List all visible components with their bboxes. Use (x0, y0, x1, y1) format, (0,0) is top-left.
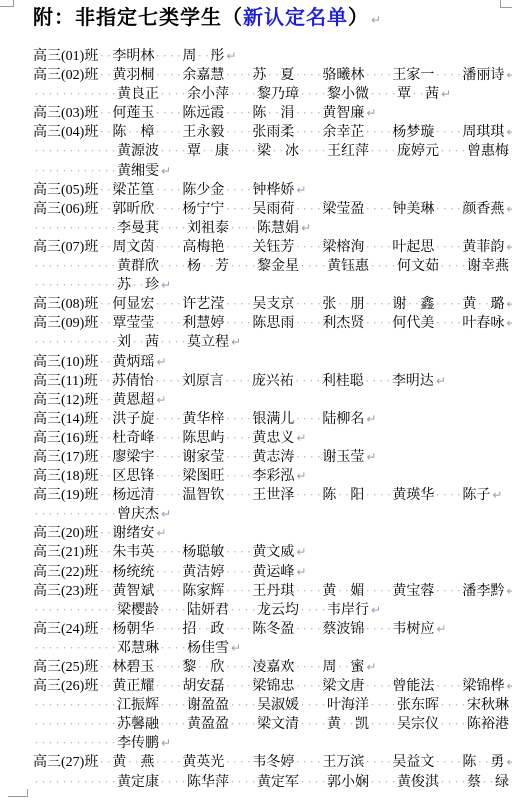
student-name: 黄源波 (117, 144, 159, 159)
space-mark: · (154, 447, 161, 466)
space-mark: · (224, 581, 231, 600)
space-mark: · (138, 332, 145, 351)
student-name: 周文茵 (112, 240, 154, 255)
space-mark: · (54, 141, 61, 160)
space-mark: · (378, 65, 385, 84)
student-name: 吴益文 (392, 755, 434, 770)
space-mark: · (224, 122, 231, 141)
student-name: 黄正耀 (112, 679, 154, 694)
student-line: 高三(16)班··杜奇峰····陈思屿····黄忠义↵ (33, 428, 512, 447)
space-mark: · (320, 256, 327, 275)
space-mark: · (161, 199, 168, 218)
space-mark: · (75, 256, 82, 275)
space-mark: · (168, 409, 175, 428)
student-name: 苏 (252, 68, 266, 83)
student-name: 叶海洋 (327, 698, 369, 713)
student-name: 王世泽 (252, 488, 294, 503)
space-mark: · (154, 237, 161, 256)
student-line: ············邓慧琳····杨佳雪↵ (33, 638, 512, 657)
student-name: 鑫 (420, 297, 434, 312)
student-name: 许艺滢 (182, 297, 224, 312)
space-mark: · (364, 371, 371, 390)
space-mark: · (161, 65, 168, 84)
space-mark: · (224, 542, 231, 561)
space-mark: · (448, 294, 455, 313)
student-name: 陈少金 (182, 183, 224, 198)
line-break-mark-icon: ↵ (506, 316, 512, 330)
space-mark: · (168, 103, 175, 122)
space-mark: · (243, 714, 250, 733)
space-mark: · (89, 161, 96, 180)
space-mark: · (236, 714, 243, 733)
space-mark: · (446, 772, 453, 791)
space-mark: · (301, 485, 308, 504)
space-mark: · (82, 714, 89, 733)
space-mark: · (369, 695, 376, 714)
student-name: 王丹琪 (252, 584, 294, 599)
student-line: 高三(06)班··郭昕欣····杨宁宁····吴雨荷····梁莹盈····钟美琳… (33, 199, 512, 218)
space-mark: · (166, 256, 173, 275)
student-name: 彤 (210, 49, 224, 64)
space-mark: · (131, 332, 138, 351)
line-break-mark-icon: ↵ (366, 106, 376, 120)
student-name: 黄宝蓉 (392, 584, 434, 599)
space-mark: · (231, 562, 238, 581)
space-mark: · (390, 84, 397, 103)
space-mark: · (231, 581, 238, 600)
space-mark: · (238, 65, 245, 84)
space-mark: · (161, 542, 168, 561)
space-mark: · (166, 332, 173, 351)
space-mark: · (75, 161, 82, 180)
title-paren-close: ） (348, 7, 369, 29)
student-name: 黄智斌 (112, 584, 154, 599)
space-mark: · (47, 256, 54, 275)
student-name: 曾庆杰 (117, 507, 159, 522)
student-name: 梁锦忠 (252, 679, 294, 694)
space-mark: · (33, 504, 40, 523)
space-mark: · (168, 581, 175, 600)
space-mark: · (110, 275, 117, 294)
space-mark: · (448, 199, 455, 218)
student-name: 利杰贤 (322, 316, 364, 331)
space-mark: · (168, 542, 175, 561)
space-mark: · (376, 772, 383, 791)
space-mark: · (180, 256, 187, 275)
space-mark: · (103, 332, 110, 351)
space-mark: · (313, 772, 320, 791)
space-mark: · (308, 619, 315, 638)
space-mark: · (98, 466, 105, 485)
space-mark: · (40, 600, 47, 619)
space-mark: · (154, 657, 161, 676)
space-mark: · (231, 657, 238, 676)
student-name: 曾能法 (392, 679, 434, 694)
space-mark: · (320, 714, 327, 733)
space-mark: · (460, 141, 467, 160)
student-name: 张 (322, 297, 336, 312)
student-name: 黄钰惠 (327, 259, 369, 274)
line-break-mark-icon: ↵ (296, 469, 306, 483)
space-mark: · (89, 256, 96, 275)
class-label: 高三(03)班 (33, 106, 98, 121)
student-name: 政 (210, 622, 224, 637)
space-mark: · (168, 122, 175, 141)
space-mark: · (61, 84, 68, 103)
space-mark: · (40, 714, 47, 733)
student-name: 胡安磊 (182, 679, 224, 694)
space-mark: · (336, 581, 343, 600)
line-break-mark-icon: ↵ (441, 87, 451, 101)
space-mark: · (238, 447, 245, 466)
space-mark: · (371, 581, 378, 600)
line-break-mark-icon: ↵ (506, 297, 512, 311)
space-mark: · (47, 275, 54, 294)
student-name: 杨远清 (112, 488, 154, 503)
space-mark: · (89, 695, 96, 714)
space-mark: · (61, 332, 68, 351)
student-name: 梁图旺 (182, 469, 224, 484)
space-mark: · (446, 714, 453, 733)
student-line: 高三(04)班··陈··樟····王永毅····张雨柔····余幸芷····杨梦… (33, 122, 512, 141)
space-mark: · (68, 733, 75, 752)
page-title: 附：非指定七类学生（新认定名单）↵ (33, 3, 382, 35)
space-mark: · (98, 409, 105, 428)
student-name: 李曼萁 (117, 221, 159, 236)
space-mark: · (313, 256, 320, 275)
space-mark: · (434, 237, 441, 256)
space-mark: · (294, 676, 301, 695)
student-name: 黄 (327, 717, 341, 732)
space-mark: · (98, 390, 105, 409)
student-name: 梁榕洵 (322, 240, 364, 255)
student-line: ············黄群欣····杨··芳····黎金星····黄钰惠···… (33, 256, 512, 275)
space-mark: · (238, 542, 245, 561)
student-line: 高三(26)班··黄正耀····胡安磊····梁锦忠····梁文唐····曾能法… (33, 676, 512, 695)
student-name: 何莲玉 (112, 106, 154, 121)
space-mark: · (460, 772, 467, 791)
space-mark: · (54, 772, 61, 791)
space-mark: · (238, 122, 245, 141)
space-mark: · (446, 695, 453, 714)
space-mark: · (40, 256, 47, 275)
space-mark: · (238, 237, 245, 256)
space-mark: · (154, 371, 161, 390)
space-mark: · (231, 313, 238, 332)
space-mark: · (224, 562, 231, 581)
space-mark: · (434, 65, 441, 84)
space-mark: · (180, 332, 187, 351)
student-name: 杨统统 (112, 565, 154, 580)
space-mark: · (33, 332, 40, 351)
space-mark: · (89, 141, 96, 160)
space-mark: · (47, 141, 54, 160)
space-mark: · (40, 141, 47, 160)
class-label: 高三(18)班 (33, 469, 98, 484)
space-mark: · (336, 485, 343, 504)
space-mark: · (236, 600, 243, 619)
space-mark: · (231, 542, 238, 561)
space-mark: · (306, 256, 313, 275)
space-mark: · (96, 332, 103, 351)
document-page: 附：非指定七类学生（新认定名单）↵ 高三(01)班··李明林····周··彤↵高… (0, 0, 512, 804)
space-mark: · (301, 371, 308, 390)
space-mark: · (166, 714, 173, 733)
space-mark: · (96, 600, 103, 619)
space-mark: · (82, 772, 89, 791)
space-mark: · (364, 65, 371, 84)
space-mark: · (33, 161, 40, 180)
space-mark: · (371, 294, 378, 313)
student-name: 陈 (322, 488, 336, 503)
space-mark: · (238, 485, 245, 504)
space-mark: · (313, 714, 320, 733)
space-mark: · (98, 562, 105, 581)
student-name: 李传鹏 (117, 736, 159, 751)
space-mark: · (138, 275, 145, 294)
space-mark: · (103, 695, 110, 714)
line-break-mark-icon: ↵ (156, 355, 166, 369)
student-name: 何显宏 (112, 297, 154, 312)
space-mark: · (390, 772, 397, 791)
space-mark: · (159, 141, 166, 160)
line-break-mark-icon: ↵ (301, 221, 311, 235)
space-mark: · (154, 103, 161, 122)
student-name: 关钰芳 (252, 240, 294, 255)
class-label: 高三(26)班 (33, 679, 98, 694)
space-mark: · (40, 504, 47, 523)
space-mark: · (439, 141, 446, 160)
student-name: 苏 (117, 278, 131, 293)
space-mark: · (238, 657, 245, 676)
student-name: 凯 (355, 717, 369, 732)
space-mark: · (47, 218, 54, 237)
space-mark: · (441, 294, 448, 313)
student-name: 蔡 (467, 775, 481, 790)
space-mark: · (364, 581, 371, 600)
space-mark: · (294, 313, 301, 332)
student-name: 李彩泓 (252, 469, 294, 484)
student-name: 黄文威 (252, 545, 294, 560)
space-mark: · (364, 313, 371, 332)
space-mark: · (236, 772, 243, 791)
space-mark: · (308, 199, 315, 218)
space-mark: · (294, 657, 301, 676)
space-mark: · (68, 695, 75, 714)
space-mark: · (54, 275, 61, 294)
space-mark: · (82, 84, 89, 103)
student-name: 黄 (462, 297, 476, 312)
space-mark: · (238, 371, 245, 390)
student-name: 杨梦璇 (392, 125, 434, 140)
space-mark: · (98, 352, 105, 371)
space-mark: · (82, 141, 89, 160)
space-mark: · (89, 332, 96, 351)
space-mark: · (75, 600, 82, 619)
class-label: 高三(12)班 (33, 393, 98, 408)
space-mark: · (364, 122, 371, 141)
space-mark: · (294, 752, 301, 771)
student-name: 王永毅 (182, 125, 224, 140)
space-mark: · (168, 466, 175, 485)
student-name: 璐 (490, 297, 504, 312)
student-name: 黄群欣 (117, 259, 159, 274)
student-name: 黄运峰 (252, 565, 294, 580)
space-mark: · (61, 695, 68, 714)
student-name: 陈子 (462, 488, 490, 503)
class-label: 高三(20)班 (33, 526, 98, 541)
space-mark: · (231, 237, 238, 256)
class-label: 高三(16)班 (33, 431, 98, 446)
line-break-mark-icon: ↵ (506, 68, 512, 82)
space-mark: · (371, 371, 378, 390)
space-mark: · (378, 294, 385, 313)
space-mark: · (161, 676, 168, 695)
space-mark: · (166, 772, 173, 791)
space-mark: · (159, 772, 166, 791)
space-mark: · (96, 161, 103, 180)
class-label: 高三(01)班 (33, 49, 98, 64)
space-mark: · (173, 256, 180, 275)
line-break-mark-icon: ↵ (296, 431, 306, 445)
document-body[interactable]: 高三(01)班··李明林····周··彤↵高三(02)班··黄羽桐····余嘉慧… (33, 46, 512, 791)
space-mark: · (383, 695, 390, 714)
student-name: 勇 (490, 755, 504, 770)
line-break-mark-icon: ↵ (506, 584, 512, 598)
space-mark: · (154, 180, 161, 199)
space-mark: · (460, 695, 467, 714)
space-mark: · (243, 256, 250, 275)
space-mark: · (98, 103, 105, 122)
student-name: 杨宁宁 (182, 202, 224, 217)
space-mark: · (89, 504, 96, 523)
space-mark: · (320, 84, 327, 103)
space-mark: · (390, 714, 397, 733)
space-mark: · (68, 772, 75, 791)
student-line: 高三(14)班··洪子旋····黄华梓····银满儿····陆柳名↵ (33, 409, 512, 428)
space-mark: · (61, 733, 68, 752)
space-mark: · (231, 409, 238, 428)
student-name: 阳 (350, 488, 364, 503)
space-mark: · (376, 695, 383, 714)
space-mark: · (266, 65, 273, 84)
student-name: 黎金星 (257, 259, 299, 274)
student-name: 梁锦桦 (462, 679, 504, 694)
space-mark: · (75, 141, 82, 160)
student-name: 廖梁宇 (112, 450, 154, 465)
space-mark: · (250, 600, 257, 619)
space-mark: · (488, 772, 495, 791)
space-mark: · (243, 141, 250, 160)
space-mark: · (47, 332, 54, 351)
student-name: 谢盈盈 (187, 698, 229, 713)
space-mark: · (301, 447, 308, 466)
student-line: 高三(20)班··谢绪安↵ (33, 523, 512, 542)
student-name: 吴雨荷 (252, 202, 294, 217)
space-mark: · (224, 65, 231, 84)
space-mark: · (301, 294, 308, 313)
class-label: 高三(08)班 (33, 297, 98, 312)
student-name: 吴淑媛 (257, 698, 299, 713)
space-mark: · (96, 256, 103, 275)
space-mark: · (47, 600, 54, 619)
student-name: 谢绪安 (112, 526, 154, 541)
line-break-mark-icon: ↵ (436, 622, 446, 636)
student-line: ············江振辉····谢盈盈····吴淑媛····叶海洋····… (33, 695, 512, 714)
space-mark: · (448, 122, 455, 141)
space-mark: · (306, 600, 313, 619)
space-mark: · (306, 695, 313, 714)
space-mark: · (301, 619, 308, 638)
space-mark: · (33, 218, 40, 237)
space-mark: · (103, 218, 110, 237)
space-mark: · (180, 84, 187, 103)
space-mark: · (238, 294, 245, 313)
line-break-mark-icon: ↵ (296, 545, 306, 559)
space-mark: · (364, 485, 371, 504)
student-name: 黄志涛 (252, 450, 294, 465)
space-mark: · (105, 371, 112, 390)
space-mark: · (224, 371, 231, 390)
space-mark: · (224, 752, 231, 771)
space-mark: · (159, 84, 166, 103)
class-label: 高三(10)班 (33, 355, 98, 370)
student-line: ············黄良正····余小萍····黎乃璋····黎小微····… (33, 84, 512, 103)
space-mark: · (110, 256, 117, 275)
space-mark: · (82, 695, 89, 714)
student-name: 刘祖泰 (187, 221, 229, 236)
student-line: ············黄源波····覃··康····梁··冰····王红萍··… (33, 141, 512, 160)
space-mark: · (439, 695, 446, 714)
student-name: 黄 (112, 755, 126, 770)
space-mark: · (47, 772, 54, 791)
space-mark: · (168, 428, 175, 447)
space-mark: · (173, 332, 180, 351)
space-mark: · (299, 772, 306, 791)
space-mark: · (378, 313, 385, 332)
class-label: 高三(25)班 (33, 660, 98, 675)
class-label: 高三(02)班 (33, 68, 98, 83)
space-mark: · (154, 542, 161, 561)
space-mark: · (294, 371, 301, 390)
space-mark: · (301, 237, 308, 256)
space-mark: · (231, 619, 238, 638)
space-mark: · (159, 332, 166, 351)
student-name: 燕 (140, 755, 154, 770)
space-mark: · (161, 752, 168, 771)
space-mark: · (103, 733, 110, 752)
space-mark: · (180, 714, 187, 733)
space-mark: · (364, 619, 371, 638)
student-name: 冰 (285, 144, 299, 159)
space-mark: · (448, 313, 455, 332)
student-line: ············苏··珍↵ (33, 275, 512, 294)
space-mark: · (306, 84, 313, 103)
space-mark: · (98, 180, 105, 199)
space-mark: · (47, 695, 54, 714)
space-mark: · (439, 772, 446, 791)
space-mark: · (98, 237, 105, 256)
space-mark: · (75, 695, 82, 714)
space-mark: · (159, 714, 166, 733)
student-name: 吴宗仪 (397, 717, 439, 732)
space-mark: · (168, 676, 175, 695)
student-name: 陆柳名 (322, 412, 364, 427)
student-name: 黎 (182, 660, 196, 675)
space-mark: · (168, 199, 175, 218)
space-mark: · (250, 256, 257, 275)
space-mark: · (348, 714, 355, 733)
